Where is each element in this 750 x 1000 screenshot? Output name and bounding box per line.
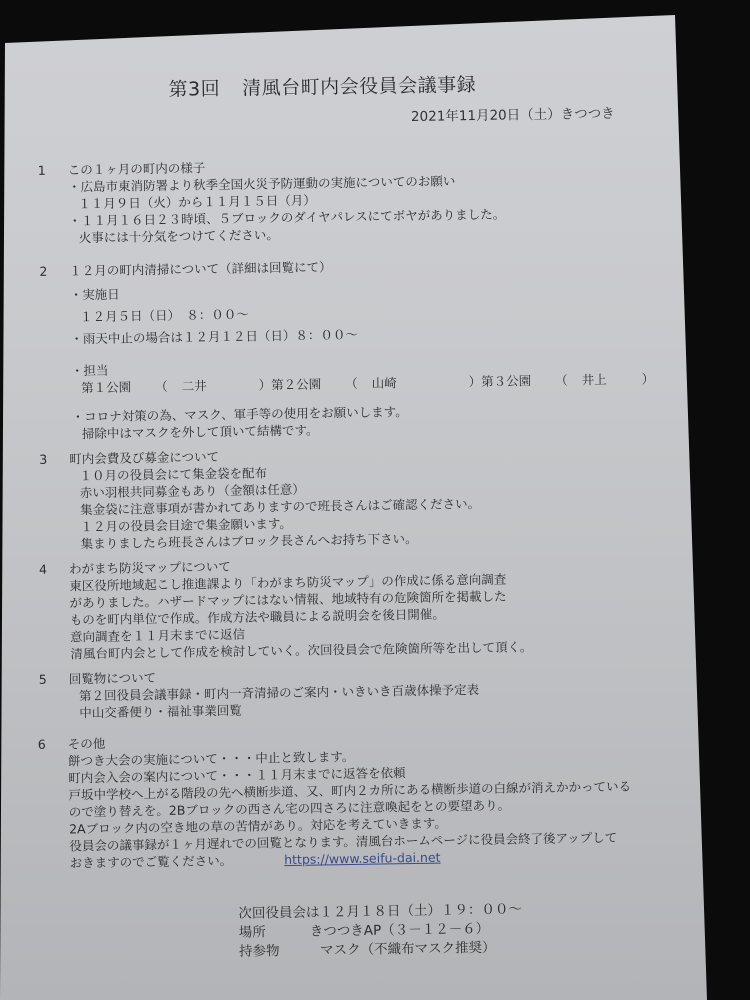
items-to-bring-row: 持参物 マスク（不織布マスク推奨） (239, 938, 523, 961)
park-assignment: 第１公園 （二井） (81, 376, 271, 396)
section-4: 4 わがまち防災マップについて 東区役所地域起こし推進課より「わがまち防災マップ… (39, 553, 533, 663)
park-assignment: 第２公園 （山崎） (271, 373, 481, 393)
section-number: 3 (39, 450, 69, 467)
park-person: 山崎 (372, 373, 469, 392)
bring-value: マスク（不織布マスク推奨） (320, 939, 496, 961)
date-author-line: 2021年11月20日（土）きつつき (411, 102, 615, 125)
section-title: 回覧物について (69, 669, 157, 687)
section-title: １２月の町内清掃について（詳細は回覧にて） (69, 257, 332, 281)
section-5: 5 回覧物について 第２回役員会議事録・町内一斉清掃のご案内・いきいき百歳体操予… (39, 664, 480, 722)
section-number: 2 (39, 261, 69, 281)
park-person: 井上 (582, 370, 642, 388)
meeting-number: 第3回 (168, 78, 220, 101)
bring-label: 持参物 (239, 942, 302, 962)
place-label: 場所 (239, 923, 302, 943)
section-number: 4 (39, 560, 69, 577)
park-name: 第３公園 (481, 372, 531, 390)
document-content: 第3回清風台町内会役員会議事録 2021年11月20日（土）きつつき 1 この１… (0, 0, 750, 1000)
park-name: 第２公園 (271, 375, 321, 393)
photo-stage: 第3回清風台町内会役員会議事録 2021年11月20日（土）きつつき 1 この１… (0, 0, 750, 1000)
section-title: その他 (68, 735, 106, 753)
section-number: 5 (39, 670, 69, 687)
section-3: 3 町内会費及び募金について １０月の役員会にて集金袋を配布 赤い羽根共同募金も… (39, 444, 481, 553)
title-text: 清風台町内会役員会議事録 (242, 74, 476, 100)
park-assignment: 第３公園 （井上） (481, 370, 654, 390)
park-person: 二井 (182, 376, 259, 394)
next-meeting-info: 次回役員会は１２月１８日（土）１９：００～ 場所 きつつきAP（３－１２－６） … (238, 900, 522, 961)
text-line: おきますのでご覧ください。 (70, 853, 233, 871)
section-2: 2 １２月の町内清掃について（詳細は回覧にて） ・実施日 １２月５日（日） ８：… (39, 252, 655, 443)
section-1: 1 この１ヶ月の町内の様子 ・広島市東消防署より秋季全国火災予防運動の実施につい… (38, 155, 506, 247)
section-number: 6 (38, 735, 68, 752)
section-title: この１ヶ月の町内の様子 (68, 159, 206, 178)
document-title: 第3回清風台町内会役員会議事録 (168, 70, 476, 102)
homepage-link[interactable]: https://www.seifu-dai.net (284, 850, 441, 867)
section-number: 1 (38, 161, 68, 178)
park-name: 第１公園 (81, 378, 131, 396)
section-6: 6 その他 餅つき大会の実施について・・・中止と致します。 町内会入会の案内につ… (38, 727, 633, 872)
